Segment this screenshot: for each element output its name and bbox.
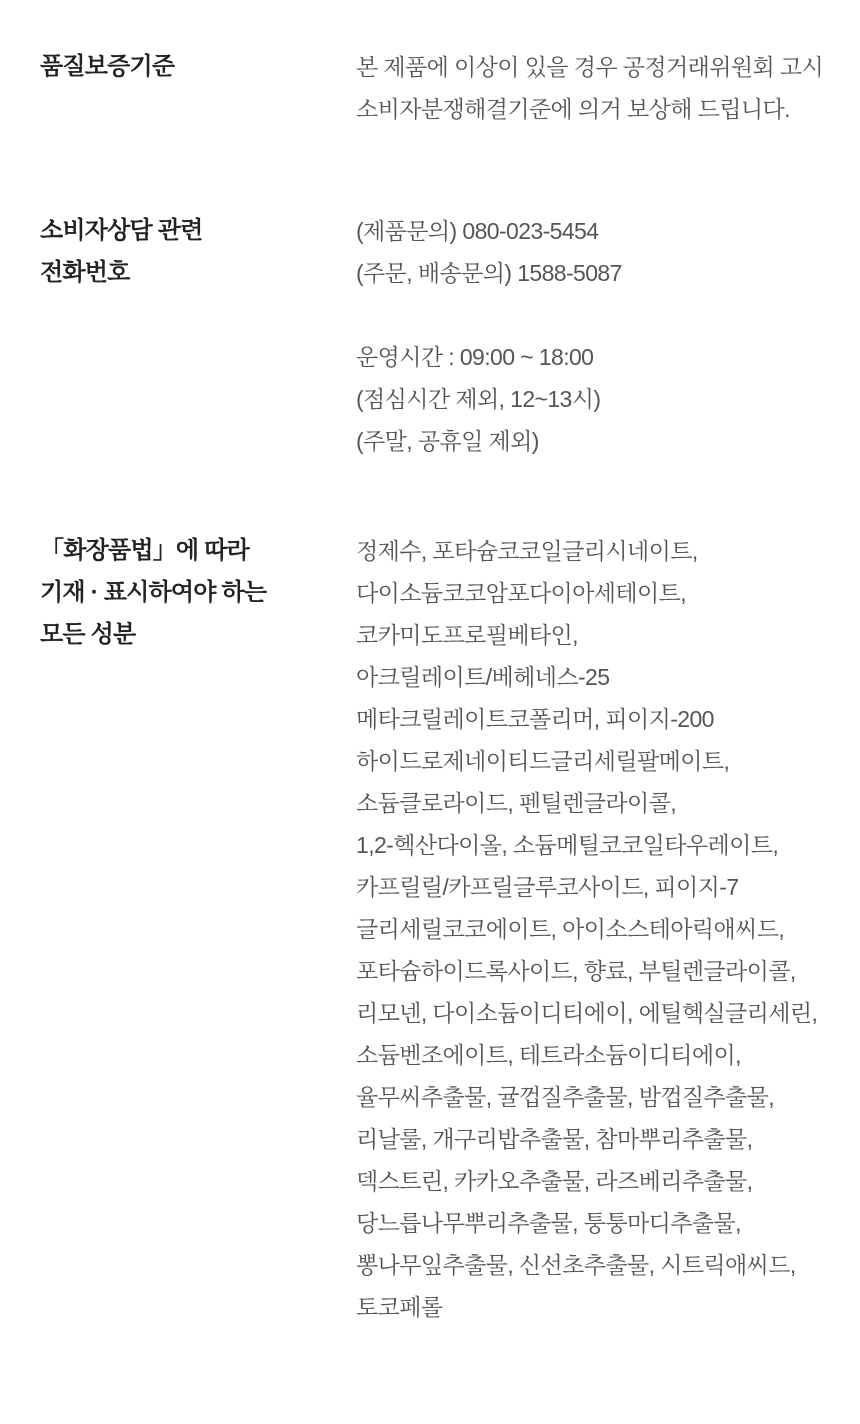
ingredients-line: 소듐클로라이드, 펜틸렌글라이콜, <box>356 782 840 824</box>
operating-hours-paragraph: 운영시간 : 09:00 ~ 18:00 (점심시간 제외, 12~13시) (… <box>356 336 840 462</box>
ingredients-line: 리날룰, 개구리밥추출물, 참마뿌리추출물, <box>356 1118 840 1160</box>
ingredients-line: 덱스트린, 카카오추출물, 라즈베리추출물, <box>356 1160 840 1202</box>
ingredients-line: 아크릴레이트/베헤네스-25 <box>356 656 840 698</box>
customer-service-label-line: 전화번호 <box>40 252 356 294</box>
warranty-value: 본 제품에 이상이 있을 경우 공정거래위원회 고시 소비자분쟁해결기준에 의거… <box>356 46 840 130</box>
ingredients-line: 당느릅나무뿌리추출물, 퉁퉁마디추출물, <box>356 1202 840 1244</box>
ingredients-value: 정제수, 포타슘코코일글리시네이트, 다이소듐코코암포다이아세테이트, 코카미도… <box>356 530 840 1328</box>
ingredients-label-line: 「화장품법」에 따라 <box>40 530 356 572</box>
ingredients-line: 포타슘하이드록사이드, 향료, 부틸렌글라이콜, <box>356 950 840 992</box>
ingredients-line: 카프릴릴/카프릴글루코사이드, 피이지-7 <box>356 866 840 908</box>
customer-service-label: 소비자상담 관련 전화번호 <box>40 210 356 294</box>
order-delivery-phone: (주문, 배송문의) 1588-5087 <box>356 252 840 294</box>
ingredients-line: 율무씨추출물, 귤껍질추출물, 밤껍질추출물, <box>356 1076 840 1118</box>
ingredients-line: 다이소듐코코암포다이아세테이트, <box>356 572 840 614</box>
operating-hours: 운영시간 : 09:00 ~ 18:00 <box>356 336 840 378</box>
info-row-warranty: 품질보증기준 본 제품에 이상이 있을 경우 공정거래위원회 고시 소비자분쟁해… <box>40 46 840 130</box>
lunch-break-note: (점심시간 제외, 12~13시) <box>356 378 840 420</box>
phone-numbers-paragraph: (제품문의) 080-023-5454 (주문, 배송문의) 1588-5087 <box>356 210 840 294</box>
ingredients-line: 하이드로제네이티드글리세릴팔메이트, <box>356 740 840 782</box>
ingredients-label-line: 모든 성분 <box>40 614 356 656</box>
ingredients-line: 메타크릴레이트코폴리머, 피이지-200 <box>356 698 840 740</box>
product-inquiry-phone: (제품문의) 080-023-5454 <box>356 210 840 252</box>
ingredients-line: 소듐벤조에이트, 테트라소듐이디티에이, <box>356 1034 840 1076</box>
ingredients-line: 정제수, 포타슘코코일글리시네이트, <box>356 530 840 572</box>
ingredients-line: 1,2-헥산다이올, 소듐메틸코코일타우레이트, <box>356 824 840 866</box>
ingredients-line: 뽕나무잎추출물, 신선초추출물, 시트릭애씨드, <box>356 1244 840 1286</box>
ingredients-line: 글리세릴코코에이트, 아이소스테아릭애씨드, <box>356 908 840 950</box>
warranty-label: 품질보증기준 <box>40 46 356 88</box>
ingredients-line: 토코페롤 <box>356 1286 840 1328</box>
ingredients-label: 「화장품법」에 따라 기재 · 표시하여야 하는 모든 성분 <box>40 530 356 656</box>
warranty-paragraph: 본 제품에 이상이 있을 경우 공정거래위원회 고시 소비자분쟁해결기준에 의거… <box>356 46 840 130</box>
ingredients-list: 정제수, 포타슘코코일글리시네이트, 다이소듐코코암포다이아세테이트, 코카미도… <box>356 530 840 1328</box>
ingredients-line: 코카미도프로필베타인, <box>356 614 840 656</box>
product-info-panel: 품질보증기준 본 제품에 이상이 있을 경우 공정거래위원회 고시 소비자분쟁해… <box>0 0 860 1328</box>
weekend-holiday-note: (주말, 공휴일 제외) <box>356 420 840 462</box>
info-row-customer-service: 소비자상담 관련 전화번호 (제품문의) 080-023-5454 (주문, 배… <box>40 210 840 462</box>
warranty-text-line: 소비자분쟁해결기준에 의거 보상해 드립니다. <box>356 88 840 130</box>
info-row-ingredients: 「화장품법」에 따라 기재 · 표시하여야 하는 모든 성분 정제수, 포타슘코… <box>40 530 840 1328</box>
ingredients-line: 리모넨, 다이소듐이디티에이, 에틸헥실글리세린, <box>356 992 840 1034</box>
ingredients-label-line: 기재 · 표시하여야 하는 <box>40 572 356 614</box>
customer-service-label-line: 소비자상담 관련 <box>40 210 356 252</box>
customer-service-value: (제품문의) 080-023-5454 (주문, 배송문의) 1588-5087… <box>356 210 840 462</box>
warranty-label-line: 품질보증기준 <box>40 46 356 88</box>
warranty-text-line: 본 제품에 이상이 있을 경우 공정거래위원회 고시 <box>356 46 840 88</box>
